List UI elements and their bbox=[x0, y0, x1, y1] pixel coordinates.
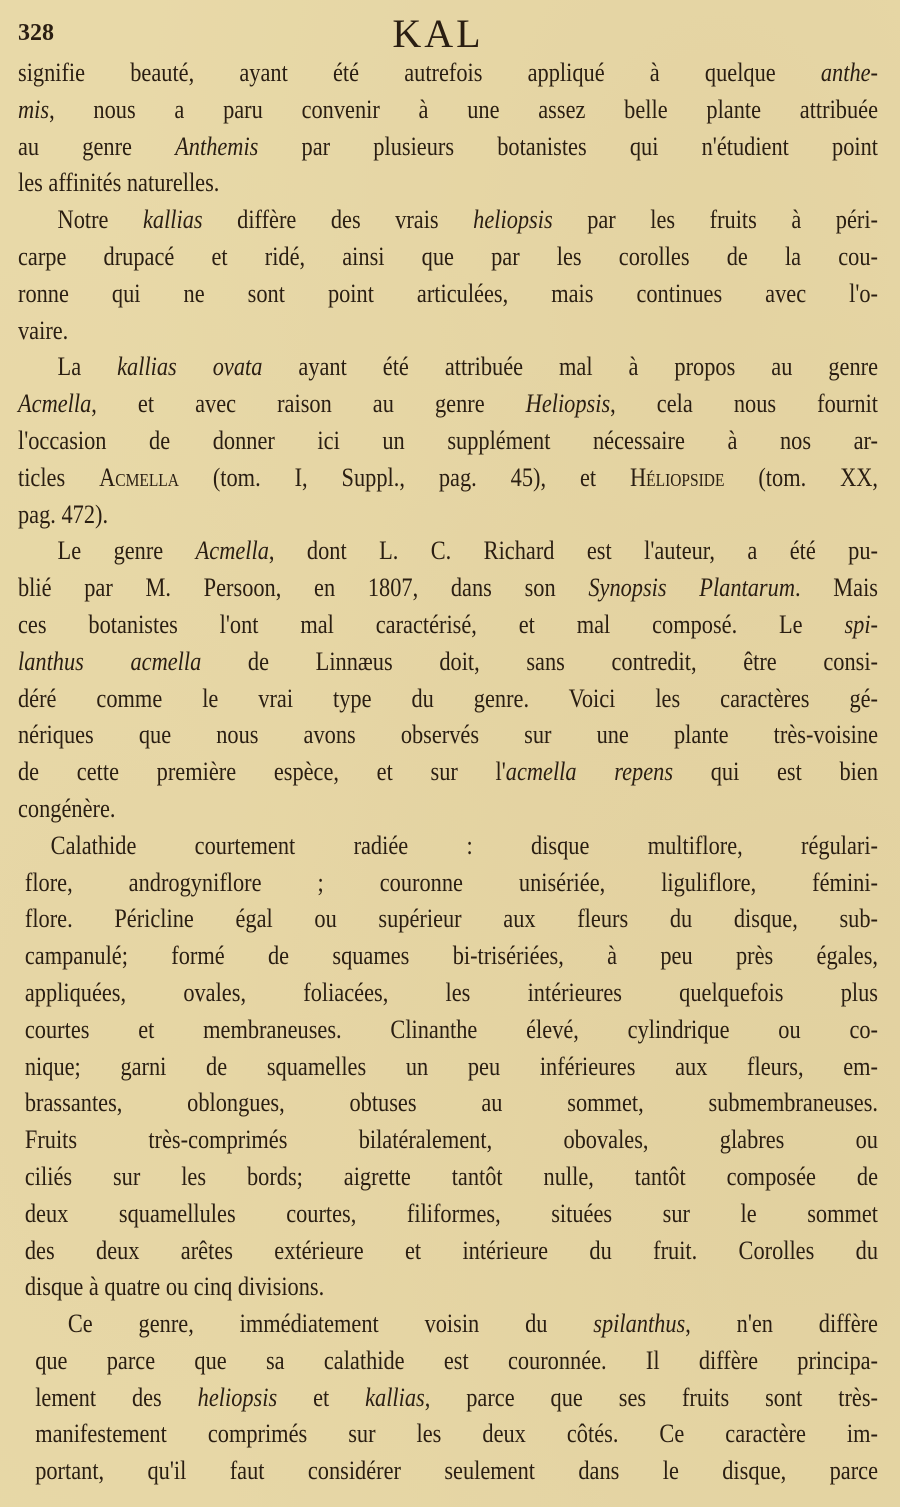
text-line: lement des heliopsis et kallias, parce q… bbox=[18, 1380, 878, 1417]
text-line: carpe drupacé et ridé, ainsi que par les… bbox=[18, 239, 878, 276]
body-text: signifie beauté, ayant été autrefois app… bbox=[18, 55, 878, 1490]
running-head: KAL bbox=[0, 10, 888, 57]
text-line: signifie beauté, ayant été autrefois app… bbox=[18, 55, 878, 92]
text-line: ces botanistes l'ont mal caractérisé, et… bbox=[18, 607, 878, 644]
text-line: Acmella, et avec raison au genre Heliops… bbox=[18, 386, 878, 423]
text-line: l'occasion de donner ici un supplément n… bbox=[18, 423, 878, 460]
text-line: Le genre Acmella, dont L. C. Richard est… bbox=[18, 533, 878, 570]
text-line: lanthus acmella de Linnæus doit, sans co… bbox=[18, 644, 878, 681]
text-line: disque à quatre ou cinq divisions. bbox=[18, 1269, 878, 1306]
text-line: Fruits très-comprimés bilatéralement, ob… bbox=[18, 1122, 878, 1159]
text-line: les affinités naturelles. bbox=[18, 165, 878, 202]
text-line: au genre Anthemis par plusieurs botanist… bbox=[18, 129, 878, 166]
text-line: manifestement comprimés sur les deux côt… bbox=[18, 1416, 878, 1453]
text-line: que parce que sa calathide est couronnée… bbox=[18, 1343, 878, 1380]
text-line: blié par M. Persoon, en 1807, dans son S… bbox=[18, 570, 878, 607]
text-line: ronne qui ne sont point articulées, mais… bbox=[18, 276, 878, 313]
text-line: deux squamellules courtes, filiformes, s… bbox=[18, 1196, 878, 1233]
text-line: vaire. bbox=[18, 313, 878, 350]
text-line: nériques que nous avons observés sur une… bbox=[18, 717, 878, 754]
text-line: des deux arêtes extérieure et intérieure… bbox=[18, 1233, 878, 1270]
text-line: La kallias ovata ayant été attribuée mal… bbox=[18, 349, 878, 386]
text-line: flore. Péricline égal ou supérieur aux f… bbox=[18, 901, 878, 938]
text-line: appliquées, ovales, foliacées, les intér… bbox=[18, 975, 878, 1012]
text-line: déré comme le vrai type du genre. Voici … bbox=[18, 681, 878, 718]
text-line: campanulé; formé de squames bi-trisériée… bbox=[18, 938, 878, 975]
text-line: Notre kallias diffère des vrais heliopsi… bbox=[18, 202, 878, 239]
text-line: Calathide courtement radiée : disque mul… bbox=[18, 828, 878, 865]
text-line: portant, qu'il faut considérer seulement… bbox=[18, 1453, 878, 1490]
text-line: ticles Acmella (tom. I, Suppl., pag. 45)… bbox=[18, 460, 878, 497]
text-line: brassantes, oblongues, obtuses au sommet… bbox=[18, 1085, 878, 1122]
book-page: 328 KAL signifie beauté, ayant été autre… bbox=[0, 0, 900, 1507]
text-line: de cette première espèce, et sur l'acmel… bbox=[18, 754, 878, 791]
text-line: pag. 472). bbox=[18, 497, 878, 534]
text-line: flore, androgyniflore ; couronne uniséri… bbox=[18, 865, 878, 902]
page-header: 328 KAL bbox=[0, 10, 900, 50]
text-line: Ce genre, immédiatement voisin du spilan… bbox=[18, 1306, 878, 1343]
text-line: ciliés sur les bords; aigrette tantôt nu… bbox=[18, 1159, 878, 1196]
text-line: congénère. bbox=[18, 791, 878, 828]
text-line: nique; garni de squamelles un peu inféri… bbox=[18, 1049, 878, 1086]
text-line: courtes et membraneuses. Clinanthe élevé… bbox=[18, 1012, 878, 1049]
text-line: mis, nous a paru convenir à une assez be… bbox=[18, 92, 878, 129]
